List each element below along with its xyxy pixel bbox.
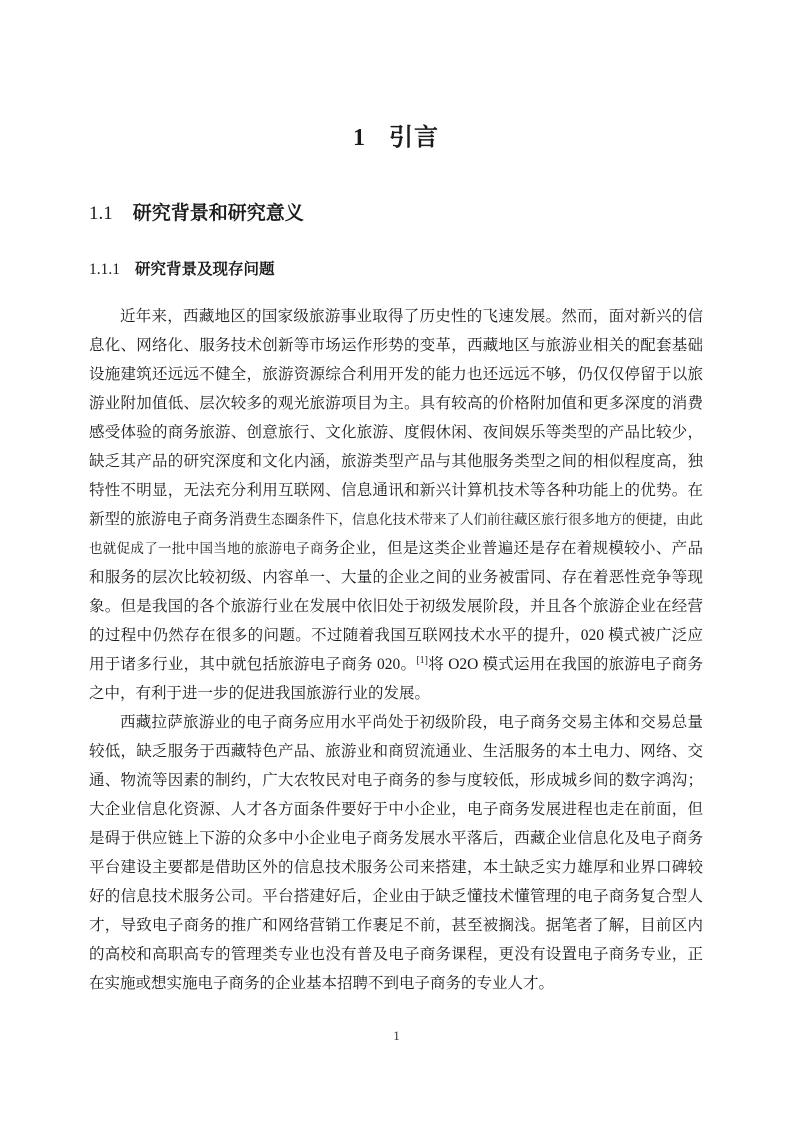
paragraph-1-segment-c: 务企业，但是这类企业普遍还是存在着规模较小、产品和服务的层次比较初级、内容单一、… xyxy=(89,540,703,673)
section-title: 研究背景和研究意义 xyxy=(133,203,304,224)
subsection-number: 1.1.1 xyxy=(89,261,120,278)
section-heading: 1.1研究背景和研究意义 xyxy=(89,201,703,227)
section-number: 1.1 xyxy=(89,203,113,224)
citation-marker: [1] xyxy=(416,655,428,666)
paragraph-1: 近年来，西藏地区的国家级旅游事业取得了历史性的飞速发展。然而，面对新兴的信息化、… xyxy=(89,302,703,708)
page-footer: 1 xyxy=(0,1028,793,1044)
chapter-number: 1 xyxy=(353,125,365,151)
paragraph-2-text: 西藏拉萨旅游业的电子商务应用水平尚处于初级阶段，电子商务交易主体和交易总量较低，… xyxy=(89,714,703,992)
subsection-title: 研究背景及现存问题 xyxy=(135,261,275,278)
subsection-heading: 1.1.1研究背景及现存问题 xyxy=(89,259,703,281)
chapter-heading: 1引言 xyxy=(89,122,703,154)
chapter-title: 引言 xyxy=(389,124,439,151)
document-page: 1引言 1.1研究背景和研究意义 1.1.1研究背景及现存问题 近年来，西藏地区… xyxy=(0,0,793,1122)
page-number: 1 xyxy=(393,1028,400,1043)
body-text-block: 近年来，西藏地区的国家级旅游事业取得了历史性的飞速发展。然而，面对新兴的信息化、… xyxy=(89,302,703,998)
paragraph-1-segment-a: 近年来，西藏地区的国家级旅游事业取得了历史性的飞速发展。然而，面对新兴的信息化、… xyxy=(89,308,703,528)
paragraph-2: 西藏拉萨旅游业的电子商务应用水平尚处于初级阶段，电子商务交易主体和交易总量较低，… xyxy=(89,708,703,998)
